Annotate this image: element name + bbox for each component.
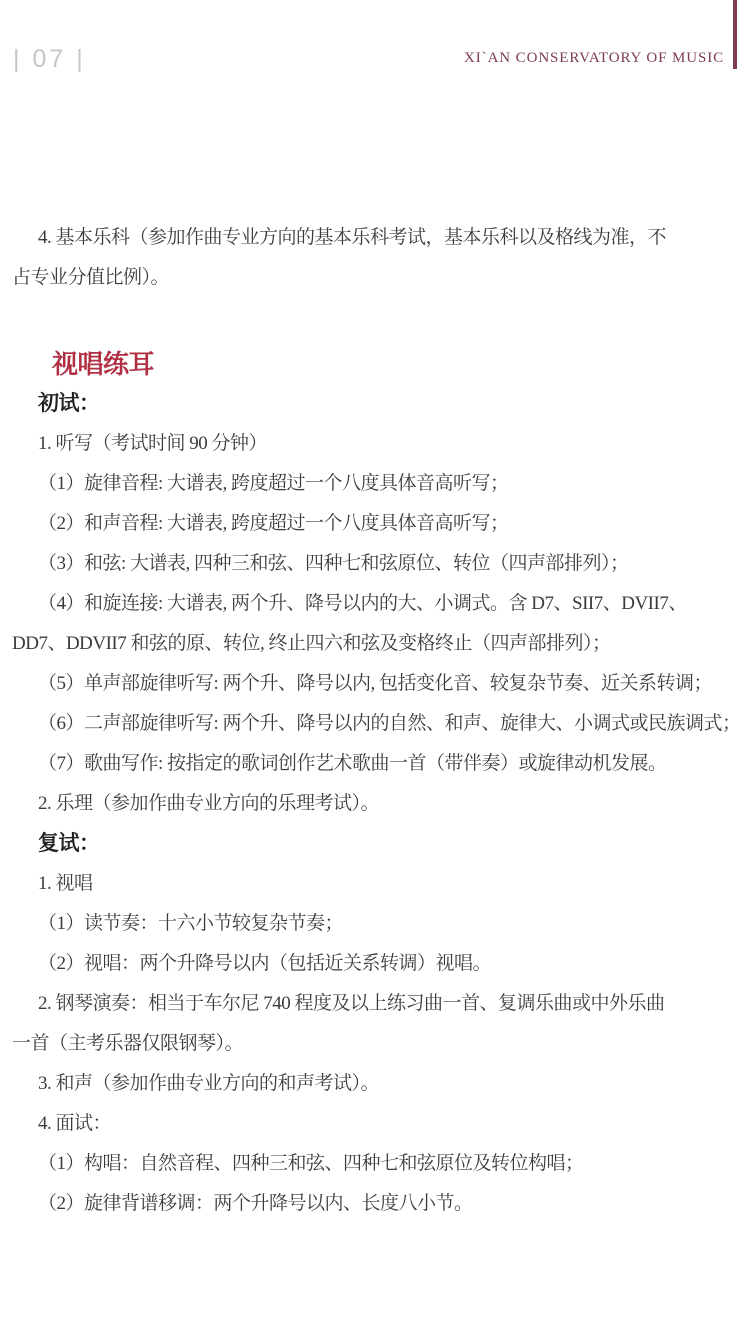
text-line: 3. 和声（参加作曲专业方向的和声考试）。 <box>12 1064 750 1104</box>
text-line: （2）和声音程: 大谱表, 跨度超过一个八度具体音高听写； <box>12 504 750 544</box>
text-line: （1）旋律音程: 大谱表, 跨度超过一个八度具体音高听写； <box>12 464 750 504</box>
round-label: 复试： <box>12 824 750 864</box>
text-line: DD7、DDVII7 和弦的原、转位, 终止四六和弦及变格终止（四声部排列）； <box>12 624 750 664</box>
text-line: 4. 面试： <box>12 1104 750 1144</box>
text-line: 2. 钢琴演奏：相当于车尔尼 740 程度及以上练习曲一首、复调乐曲或中外乐曲 <box>12 984 750 1024</box>
top-right-accent-bar <box>733 0 737 69</box>
text-line: （1）构唱：自然音程、四种三和弦、四种七和弦原位及转位构唱； <box>12 1144 750 1184</box>
text-line: 4. 基本乐科（参加作曲专业方向的基本乐科考试，基本乐科以及格线为准，不 <box>12 218 750 258</box>
document-body: 4. 基本乐科（参加作曲专业方向的基本乐科考试，基本乐科以及格线为准，不占专业分… <box>12 218 750 1224</box>
text-line: （3）和弦: 大谱表, 四种三和弦、四种七和弦原位、转位（四声部排列）； <box>12 544 750 584</box>
masthead-institution-title: XI`AN CONSERVATORY OF MUSIC <box>464 51 724 66</box>
text-line: 占专业分值比例）。 <box>12 258 750 298</box>
text-line: （6）二声部旋律听写: 两个升、降号以内的自然、和声、旋律大、小调式或民族调式； <box>12 704 750 744</box>
text-line: 1. 视唱 <box>12 864 750 904</box>
page-number: | 07 | <box>13 47 86 72</box>
text-line: （7）歌曲写作: 按指定的歌词创作艺术歌曲一首（带伴奏）或旋律动机发展。 <box>12 744 750 784</box>
text-line: （5）单声部旋律听写: 两个升、降号以内, 包括变化音、较复杂节奏、近关系转调； <box>12 664 750 704</box>
section-heading: 视唱练耳 <box>12 344 750 384</box>
text-line: 2. 乐理（参加作曲专业方向的乐理考试）。 <box>12 784 750 824</box>
text-line: （4）和旋连接: 大谱表, 两个升、降号以内的大、小调式。含 D7、SII7、D… <box>12 584 750 624</box>
text-line: （2）旋律背谱移调：两个升降号以内、长度八小节。 <box>12 1184 750 1224</box>
text-line: 1. 听写（考试时间 90 分钟） <box>12 424 750 464</box>
text-line: （2）视唱：两个升降号以内（包括近关系转调）视唱。 <box>12 944 750 984</box>
text-line: 一首（主考乐器仅限钢琴）。 <box>12 1024 750 1064</box>
text-line: （1）读节奏：十六小节较复杂节奏； <box>12 904 750 944</box>
round-label: 初试： <box>12 384 750 424</box>
